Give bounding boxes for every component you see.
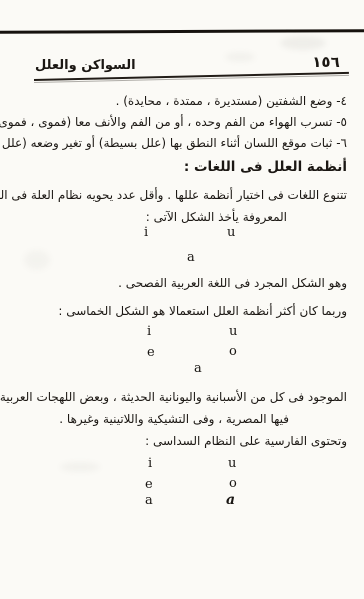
scan-edge-artifact xyxy=(0,29,364,34)
vowel-a-back: a xyxy=(226,493,235,507)
vowel-e: e xyxy=(145,478,153,492)
vowel-u: u xyxy=(228,457,236,471)
header-rule xyxy=(34,72,349,81)
scan-smudge xyxy=(225,52,255,62)
paragraph-line: فيها المصرية ، وفى التشيكية واللاتينية و… xyxy=(17,408,347,430)
vowel-a: a xyxy=(187,251,195,265)
list-item-6: ٦- ثبات موقع اللسان أثناء النطق بها (علل… xyxy=(17,133,347,154)
scan-smudge xyxy=(280,36,326,50)
vowel-o: o xyxy=(229,477,237,491)
section-heading: أنظمة العلل فى اللغات : xyxy=(17,157,347,177)
vowel-o: o xyxy=(229,345,237,359)
vowel-a: a xyxy=(194,362,202,376)
paragraph-line: وهو الشكل المجرد فى اللغة العربية الفصحى… xyxy=(17,272,347,294)
list-item-4: ٤- وضع الشفتين (مستديرة ، ممتدة ، محايدة… xyxy=(17,91,347,112)
page-body: ٤- وضع الشفتين (مستديرة ، ممتدة ، محايدة… xyxy=(0,91,364,516)
book-page: السواكن والعلل ١٥٦ ٤- وضع الشفتين (مستدي… xyxy=(0,0,364,599)
paragraph-line: الموجود فى كل من الأسبانية واليونانية ال… xyxy=(17,386,347,408)
page-number: ١٥٦ xyxy=(303,53,349,71)
vowel-i: i xyxy=(144,226,148,240)
paragraph-line: وربما كان أكثر أنظمة العلل استعمالا هو ا… xyxy=(17,300,347,322)
vowel-u: u xyxy=(227,226,235,240)
vowel-diagram-five: i u e o a xyxy=(17,324,347,384)
vowel-a: a xyxy=(145,494,153,508)
paragraph-line: وتحتوى الفارسية على النظام السداسى : xyxy=(17,430,347,452)
vowel-i: i xyxy=(148,457,152,471)
list-item-5: ٥- تسرب الهواء من الفم وحده ، أو من الفم… xyxy=(17,112,347,133)
vowel-diagram-minimal: i u a xyxy=(17,224,347,274)
paragraph-line: تتنوع اللغات فى اختيار أنظمة عللها . وأق… xyxy=(17,184,347,206)
vowel-diagram-six: i u e o a a xyxy=(17,456,347,516)
vowel-e: e xyxy=(147,346,155,360)
vowel-u: u xyxy=(229,325,237,339)
vowel-i: i xyxy=(147,325,151,339)
running-header-title: السواكن والعلل xyxy=(35,58,136,73)
